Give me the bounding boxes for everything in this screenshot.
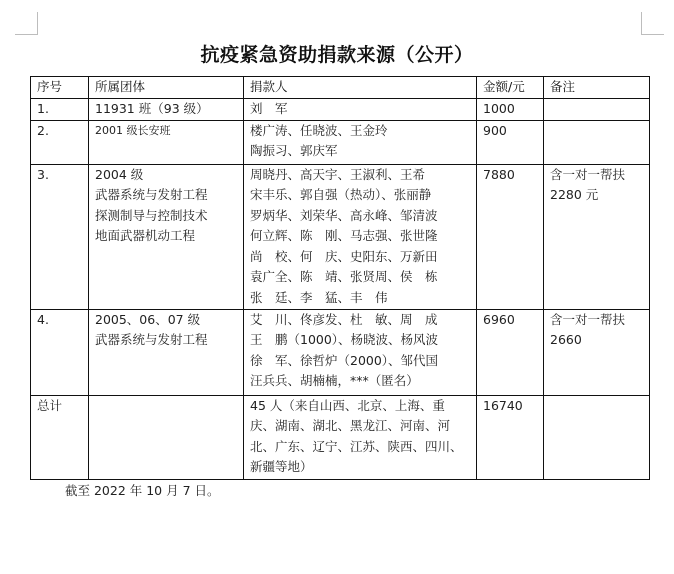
- cell-remark: [544, 98, 650, 120]
- group-line: 2005、06、07 级: [95, 310, 237, 331]
- cell-index: 总计: [31, 395, 89, 479]
- cell-amount: 900: [477, 120, 544, 164]
- cell-donors: 楼广涛、任晓波、王金玲 陶振习、郭庆军: [244, 120, 477, 164]
- cell-remark: [544, 120, 650, 164]
- group-line: 11931 班（93 级）: [95, 99, 237, 120]
- cell-amount-total: 16740: [477, 395, 544, 479]
- donor-line: 周晓丹、高天宇、王淑利、王希: [250, 165, 470, 186]
- donor-line: 尚 校、何 庆、史阳东、万新田: [250, 247, 470, 268]
- cell-group: [89, 395, 244, 479]
- donor-line: 庆、湖南、湖北、黑龙江、河南、河: [250, 416, 470, 437]
- donor-line: 宋丰乐、郭自强（热动）、张丽静: [250, 185, 470, 206]
- donor-line: 楼广涛、任晓波、王金玲: [250, 121, 470, 142]
- cell-index: 4.: [31, 309, 89, 395]
- cell-amount: 6960: [477, 309, 544, 395]
- donation-table: 序号 所属团体 捐款人 金额/元 备注 1. 11931 班（93 级） 刘 军…: [30, 76, 650, 480]
- table-row: 4. 2005、06、07 级 武器系统与发射工程 艾 川、佟彦发、杜 敏、周 …: [31, 309, 650, 395]
- header-donors: 捐款人: [244, 77, 477, 99]
- cell-group: 2004 级 武器系统与发射工程 探测制导与控制技术 地面武器机动工程: [89, 164, 244, 309]
- remark-line: 含一对一帮扶: [550, 310, 643, 331]
- cell-index: 2.: [31, 120, 89, 164]
- donor-line: 罗炳华、刘荣华、高永峰、邹清波: [250, 206, 470, 227]
- cell-donors: 刘 军: [244, 98, 477, 120]
- header-group: 所属团体: [89, 77, 244, 99]
- header-remark: 备注: [544, 77, 650, 99]
- donor-line: 新疆等地）: [250, 457, 470, 478]
- cell-index: 3.: [31, 164, 89, 309]
- donor-line: 北、广东、辽宁、江苏、陕西、四川、: [250, 437, 470, 458]
- cell-amount: 7880: [477, 164, 544, 309]
- donor-line: 何立辉、陈 刚、马志强、张世隆: [250, 226, 470, 247]
- table-row: 2. 2001 级长安班 楼广涛、任晓波、王金玲 陶振习、郭庆军 900: [31, 120, 650, 164]
- table-row-total: 总计 45 人（来自山西、北京、上海、重 庆、湖南、湖北、黑龙江、河南、河 北、…: [31, 395, 650, 479]
- group-line: 武器系统与发射工程: [95, 185, 237, 206]
- cell-group: 2005、06、07 级 武器系统与发射工程: [89, 309, 244, 395]
- donor-line: 袁广全、陈 靖、张贤周、侯 栋: [250, 267, 470, 288]
- group-line: 探测制导与控制技术: [95, 206, 237, 227]
- donor-line: 徐 军、徐哲炉（2000）、邹代国: [250, 351, 470, 372]
- cell-donors: 45 人（来自山西、北京、上海、重 庆、湖南、湖北、黑龙江、河南、河 北、广东、…: [244, 395, 477, 479]
- cell-index: 1.: [31, 98, 89, 120]
- cell-donors: 周晓丹、高天宇、王淑利、王希 宋丰乐、郭自强（热动）、张丽静 罗炳华、刘荣华、高…: [244, 164, 477, 309]
- donor-line: 45 人（来自山西、北京、上海、重: [250, 396, 470, 417]
- donor-line: 汪兵兵、胡楠楠，***（匿名）: [250, 371, 470, 392]
- cell-remark: 含一对一帮扶 2280 元: [544, 164, 650, 309]
- page-corner-mark-top-left: [15, 12, 38, 35]
- table-row: 3. 2004 级 武器系统与发射工程 探测制导与控制技术 地面武器机动工程 周…: [31, 164, 650, 309]
- remark-line: 2280 元: [550, 185, 643, 206]
- page-corner-mark-top-right: [641, 12, 664, 35]
- header-index: 序号: [31, 77, 89, 99]
- group-line: 地面武器机动工程: [95, 226, 237, 247]
- group-line: 2001 级长安班: [95, 121, 237, 142]
- cell-group: 11931 班（93 级）: [89, 98, 244, 120]
- cell-remark: [544, 395, 650, 479]
- cell-remark: 含一对一帮扶 2660: [544, 309, 650, 395]
- donor-line: 艾 川、佟彦发、杜 敏、周 成: [250, 310, 470, 331]
- group-line: 2004 级: [95, 165, 237, 186]
- cell-amount: 1000: [477, 98, 544, 120]
- donor-line: 张 廷、李 猛、丰 伟: [250, 288, 470, 309]
- donor-line: 刘 军: [250, 99, 470, 120]
- group-line: 武器系统与发射工程: [95, 330, 237, 351]
- header-amount: 金额/元: [477, 77, 544, 99]
- donor-line: 陶振习、郭庆军: [250, 141, 470, 162]
- remark-line: 含一对一帮扶: [550, 165, 643, 186]
- table-header-row: 序号 所属团体 捐款人 金额/元 备注: [31, 77, 650, 99]
- cell-donors: 艾 川、佟彦发、杜 敏、周 成 王 鹏（1000）、杨晓波、杨风波 徐 军、徐哲…: [244, 309, 477, 395]
- page-title: 抗疫紧急资助捐款来源（公开）: [0, 40, 674, 67]
- donor-line: 王 鹏（1000）、杨晓波、杨风波: [250, 330, 470, 351]
- table-row: 1. 11931 班（93 级） 刘 军 1000: [31, 98, 650, 120]
- footnote-date: 截至 2022 年 10 月 7 日。: [65, 481, 220, 499]
- remark-line: 2660: [550, 330, 643, 351]
- cell-group: 2001 级长安班: [89, 120, 244, 164]
